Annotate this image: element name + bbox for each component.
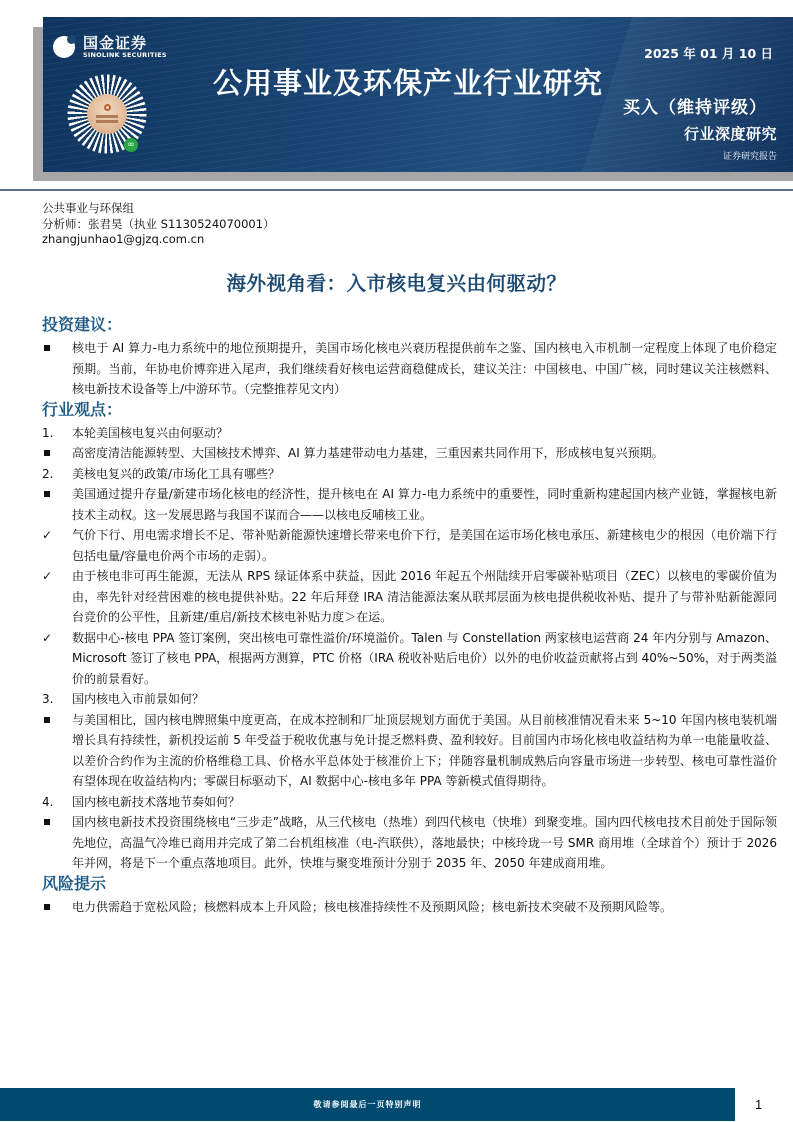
qr-center-logo-icon	[87, 94, 127, 134]
analyst-group: 公共事业与环保组	[42, 201, 275, 217]
footer-bar: 敬请参阅最后一页特别声明	[0, 1088, 735, 1121]
list-item: 核电于 AI 算力-电力系统中的地位预期提升，美国市场化核电兴衰历程提供前车之鉴…	[42, 338, 777, 400]
report-date: 2025 年 01 月 10 日	[644, 44, 773, 62]
list-item: ✓ 气价下行、用电需求增长不足、带补贴新能源快速增长带来电价下行，是美国在运市场…	[42, 525, 777, 566]
list-item: 国内核电新技术投资围绕核电“三步走”战略，从三代核电（热堆）到四代核电（快堆）到…	[42, 812, 777, 874]
miniprogram-badge-icon: ∞	[124, 138, 138, 152]
report-category: 证券研究报告	[723, 149, 777, 162]
report-type: 行业深度研究	[684, 123, 777, 144]
square-bullet-icon	[42, 443, 72, 464]
analyst-email[interactable]: zhangjunhao1@gjzq.com.cn	[42, 232, 275, 248]
list-item: ✓ 由于核电非可再生能源，无法从 RPS 绿证体系中获益，因此 2016 年起五…	[42, 566, 777, 628]
list-item: 1. 本轮美国核电复兴由何驱动？	[42, 423, 777, 444]
list-item: ✓ 数据中心-核电 PPA 签订案例，突出核电可靠性溢价/环境溢价。Talen …	[42, 628, 777, 690]
header-banner: 国金证券 SINOLINK SECURITIES ∞ 公用事业及环保产业行业研究…	[43, 17, 793, 172]
list-number: 4.	[42, 792, 72, 813]
section-heading-views: 行业观点：	[42, 400, 777, 420]
rating-label: 买入（维持评级）	[623, 93, 767, 118]
analyst-name: 分析师：张君昊（执业 S1130524070001）	[42, 217, 275, 233]
list-item: 美国通过提升存量/新建市场化核电的经济性，提升核电在 AI 算力-电力系统中的重…	[42, 484, 777, 525]
list-number: 1.	[42, 423, 72, 444]
header-divider	[0, 189, 793, 191]
logo-name-en: SINOLINK SECURITIES	[83, 51, 167, 59]
analyst-info: 公共事业与环保组 分析师：张君昊（执业 S1130524070001） zhan…	[42, 201, 275, 248]
list-item: 与美国相比，国内核电牌照集中度更高，在成本控制和厂址顶层规划方面优于美国。从目前…	[42, 710, 777, 792]
footer-disclaimer: 敬请参阅最后一页特别声明	[314, 1099, 422, 1110]
list-item: 3. 国内核电入市前景如何？	[42, 689, 777, 710]
document-title: 海外视角看：入市核电复兴由何驱动？	[0, 268, 793, 296]
list-item: 4. 国内核电新技术落地节奏如何？	[42, 792, 777, 813]
checkmark-icon: ✓	[42, 628, 72, 690]
square-bullet-icon	[42, 897, 72, 918]
list-item: 电力供需趋于宽松风险；核燃料成本上升风险；核电核准持续性不及预期风险；核电新技术…	[42, 897, 777, 918]
square-bullet-icon	[42, 338, 72, 400]
square-bullet-icon	[42, 484, 72, 525]
list-item: 高密度清洁能源转型、大国核技术博弈、AI 算力基建带动电力基建，三重因素共同作用…	[42, 443, 777, 464]
checkmark-icon: ✓	[42, 566, 72, 628]
checkmark-icon: ✓	[42, 525, 72, 566]
sinolink-logo-icon	[53, 36, 75, 58]
report-series-title: 公用事业及环保产业行业研究	[198, 53, 618, 113]
section-heading-risk: 风险提示	[42, 874, 777, 894]
list-number: 3.	[42, 689, 72, 710]
list-number: 2.	[42, 464, 72, 485]
report-body: 投资建议： 核电于 AI 算力-电力系统中的地位预期提升，美国市场化核电兴衰历程…	[42, 315, 777, 917]
logo-name-cn: 国金证券	[83, 35, 167, 51]
square-bullet-icon	[42, 812, 72, 874]
page-number: 1	[755, 1097, 762, 1112]
company-logo: 国金证券 SINOLINK SECURITIES	[53, 35, 167, 59]
list-item: 2. 美核电复兴的政策/市场化工具有哪些？	[42, 464, 777, 485]
square-bullet-icon	[42, 710, 72, 792]
section-heading-investment: 投资建议：	[42, 315, 777, 335]
